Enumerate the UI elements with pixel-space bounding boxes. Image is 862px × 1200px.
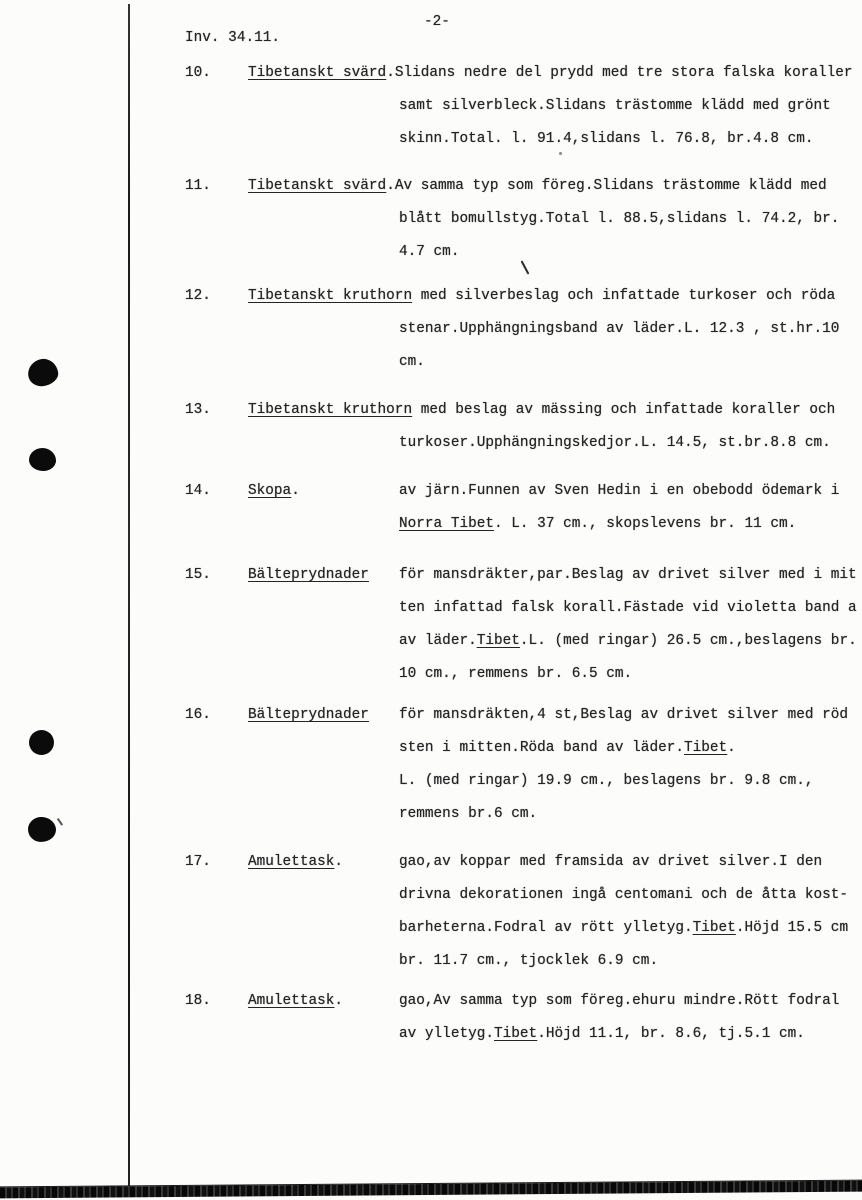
item-line: av läder.Tibet.L. (med ringar) 26.5 cm.,… [248,625,862,658]
item-number: 14. [185,475,211,508]
description-text: drivna dekorationen ingå centomani och d… [399,887,848,903]
inventory-item: 18.Amulettask.gao,Av samma typ som föreg… [185,985,862,1051]
item-number: 16. [185,699,211,732]
item-term-text: Amulettask [248,993,334,1009]
item-line: drivna dekorationen ingå centomani och d… [248,879,862,912]
description-text: gao,Av samma typ som föreg.ehuru mindre.… [399,993,839,1009]
item-body: Skopa.av järn.Funnen av Sven Hedin i en … [248,475,862,541]
punch-hole [29,730,54,755]
item-number: 18. [185,985,211,1018]
description-text: skinn.Total. l. 91.4,slidans l. 76.8, br… [399,131,814,147]
document-page: -2- Inv. 34.11. 10.Tibetanskt svärd.Slid… [0,0,862,1200]
item-line: Tibetanskt kruthorn med silverbeslag och… [248,280,862,313]
description-text: gao,av koppar med framsida av drivet sil… [399,854,822,870]
description-text: av järn.Funnen av Sven Hedin i en obebod… [399,483,839,499]
item-term: Amulettask. [248,846,399,879]
description-text: .Höjd 15.5 cm [736,920,848,936]
item-line: Tibetanskt kruthorn med beslag av mässin… [248,394,862,427]
item-term-text: Tibetanskt svärd [248,65,386,81]
item-line: cm. [248,346,862,379]
item-line: Amulettask.gao,Av samma typ som föreg.eh… [248,985,862,1018]
item-term-text: Tibetanskt kruthorn [248,288,412,304]
description-text: barheterna.Fodral av rött ylletyg. [399,920,693,936]
punch-hole [27,816,57,843]
punch-hole [26,357,59,388]
item-term-after: . [334,854,343,870]
item-body: Amulettask.gao,av koppar med framsida av… [248,846,862,978]
description-text: blått bomullstyg.Total l. 88.5,slidans l… [399,211,839,227]
inventory-item: 10.Tibetanskt svärd.Slidans nedre del pr… [185,57,862,156]
item-line: barheterna.Fodral av rött ylletyg.Tibet.… [248,912,862,945]
item-body: Tibetanskt svärd.Av samma typ som föreg.… [248,170,862,269]
item-line: 10 cm., remmens br. 6.5 cm. [248,658,862,691]
item-line: stenar.Upphängningsband av läder.L. 12.3… [248,313,862,346]
description-text: av ylletyg. [399,1026,494,1042]
page-margin-rule [128,4,130,1186]
description-text: av läder. [399,633,477,649]
description-text: . [727,740,736,756]
description-text: .Höjd 11.1, br. 8.6, tj.5.1 cm. [537,1026,805,1042]
description-text: 10 cm., remmens br. 6.5 cm. [399,666,632,682]
item-term-after: . [386,65,395,81]
description-text: med beslag av mässing och infattade kora… [412,402,835,418]
item-body: Bälteprydnaderför mansdräkten,4 st,Besla… [248,699,862,831]
description-text: turkoser.Upphängningskedjor.L. 14.5, st.… [399,435,831,451]
description-text: för mansdräkten,4 st,Beslag av drivet si… [399,707,848,723]
underlined-text: Tibet [477,633,520,649]
item-line: Norra Tibet. L. 37 cm., skopslevens br. … [248,508,862,541]
description-text: samt silverbleck.Slidans trästomme klädd… [399,98,831,114]
description-text: sten i mitten.Röda band av läder. [399,740,684,756]
item-line: av ylletyg.Tibet.Höjd 11.1, br. 8.6, tj.… [248,1018,862,1051]
item-term-text: Tibetanskt kruthorn [248,402,412,418]
item-term: Bälteprydnader [248,699,399,732]
punch-hole [29,448,56,471]
item-line: Tibetanskt svärd.Slidans nedre del prydd… [248,57,862,90]
item-line: samt silverbleck.Slidans trästomme klädd… [248,90,862,123]
description-text: L. (med ringar) 19.9 cm., beslagens br. … [399,773,814,789]
description-text: Av samma typ som föreg.Slidans trästomme… [395,178,827,194]
item-body: Bälteprydnaderför mansdräkter,par.Beslag… [248,559,862,691]
description-text: 4.7 cm. [399,244,459,260]
item-term-text: Bälteprydnader [248,707,369,723]
item-line: Skopa.av järn.Funnen av Sven Hedin i en … [248,475,862,508]
inventory-item: 11.Tibetanskt svärd.Av samma typ som för… [185,170,862,269]
description-text: med silverbeslag och infattade turkoser … [412,288,835,304]
underlined-text: Tibet [693,920,736,936]
inventory-item: 17.Amulettask.gao,av koppar med framsida… [185,846,862,978]
item-line: sten i mitten.Röda band av läder.Tibet. [248,732,862,765]
inventory-item: 16.Bälteprydnaderför mansdräkten,4 st,Be… [185,699,862,831]
item-term-after: . [386,178,395,194]
item-line: turkoser.Upphängningskedjor.L. 14.5, st.… [248,427,862,460]
description-text: br. 11.7 cm., tjocklek 6.9 cm. [399,953,658,969]
description-text: Slidans nedre del prydd med tre stora fa… [395,65,853,81]
item-number: 15. [185,559,211,592]
inventory-item: 12.Tibetanskt kruthorn med silverbeslag … [185,280,862,379]
item-line: L. (med ringar) 19.9 cm., beslagens br. … [248,765,862,798]
underlined-text: Tibet [494,1026,537,1042]
item-line: br. 11.7 cm., tjocklek 6.9 cm. [248,945,862,978]
item-number: 13. [185,394,211,427]
item-term: Tibetanskt kruthorn [248,402,412,418]
item-number: 12. [185,280,211,313]
item-term-after: . [291,483,300,499]
description-text: för mansdräkter,par.Beslag av drivet sil… [399,567,857,583]
scan-speck [57,818,63,825]
item-number: 10. [185,57,211,90]
inventory-item: 14.Skopa.av järn.Funnen av Sven Hedin i … [185,475,862,541]
item-line: remmens br.6 cm. [248,798,862,831]
page-number: -2- [424,6,450,39]
description-text: ten infattad falsk korall.Fästade vid vi… [399,600,857,616]
inventory-item: 15.Bälteprydnaderför mansdräkter,par.Bes… [185,559,862,691]
description-text: cm. [399,354,425,370]
item-term-text: Bälteprydnader [248,567,369,583]
item-term: Tibetanskt kruthorn [248,288,412,304]
item-line: Bälteprydnaderför mansdräkter,par.Beslag… [248,559,862,592]
inventory-item: 13.Tibetanskt kruthorn med beslag av mäs… [185,394,862,460]
item-term: Skopa. [248,475,399,508]
item-body: Tibetanskt kruthorn med beslag av mässin… [248,394,862,460]
item-line: skinn.Total. l. 91.4,slidans l. 76.8, br… [248,123,862,156]
item-term: Tibetanskt svärd. [248,65,395,81]
item-line: Amulettask.gao,av koppar med framsida av… [248,846,862,879]
item-term-text: Skopa [248,483,291,499]
underlined-text: Tibet [684,740,727,756]
item-term: Amulettask. [248,985,399,1018]
item-term: Bälteprydnader [248,559,399,592]
item-body: Amulettask.gao,Av samma typ som föreg.eh… [248,985,862,1051]
item-term-text: Amulettask [248,854,334,870]
description-text: .L. (med ringar) 26.5 cm.,beslagens br. [520,633,857,649]
scan-speck [559,152,562,155]
item-body: Tibetanskt svärd.Slidans nedre del prydd… [248,57,862,156]
item-term: Tibetanskt svärd. [248,178,395,194]
item-body: Tibetanskt kruthorn med silverbeslag och… [248,280,862,379]
inventory-number-label: Inv. 34.11. [185,22,280,55]
item-term-after: . [334,993,343,1009]
underlined-text: Norra Tibet [399,516,494,532]
item-line: blått bomullstyg.Total l. 88.5,slidans l… [248,203,862,236]
description-text: . L. 37 cm., skopslevens br. 11 cm. [494,516,796,532]
item-line: Bälteprydnaderför mansdräkten,4 st,Besla… [248,699,862,732]
item-line: 4.7 cm. [248,236,862,269]
description-text: remmens br.6 cm. [399,806,537,822]
description-text: stenar.Upphängningsband av läder.L. 12.3… [399,321,839,337]
item-number: 11. [185,170,211,203]
item-line: Tibetanskt svärd.Av samma typ som föreg.… [248,170,862,203]
item-line: ten infattad falsk korall.Fästade vid vi… [248,592,862,625]
inventory-list: 10.Tibetanskt svärd.Slidans nedre del pr… [185,57,862,1051]
item-term-text: Tibetanskt svärd [248,178,386,194]
item-number: 17. [185,846,211,879]
